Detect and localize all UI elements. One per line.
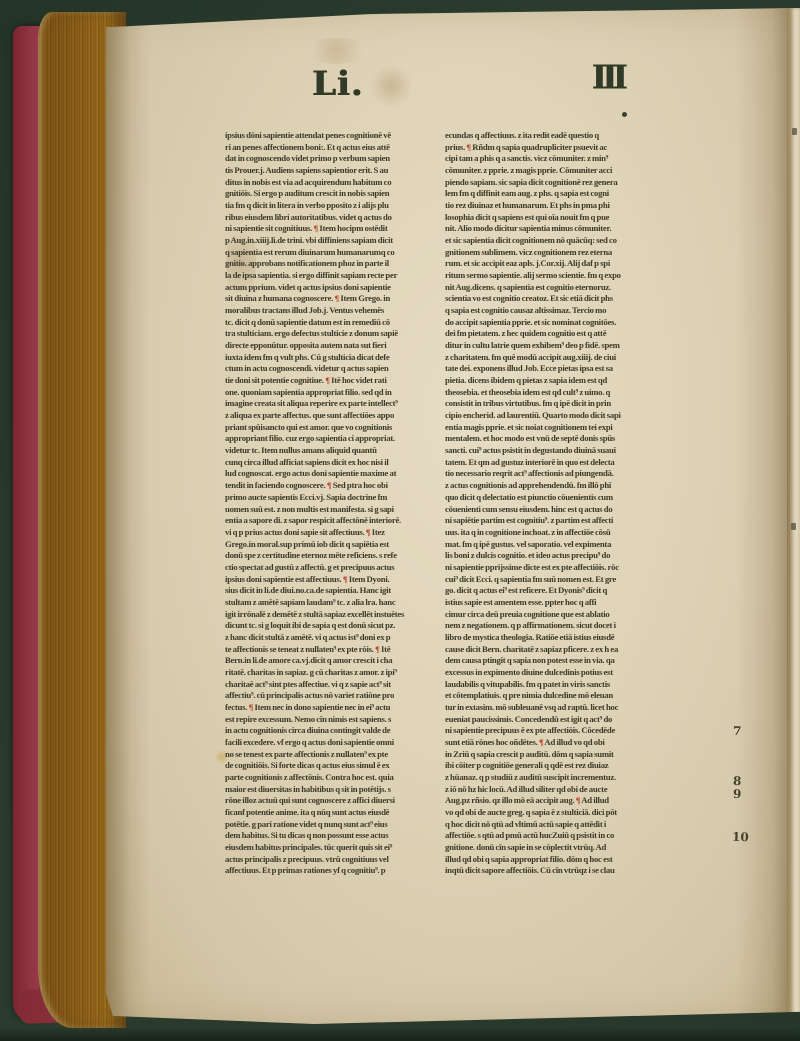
text-line: entia magis pprie. et sic noiat cognitio…	[445, 422, 671, 434]
text-line: tatem. Et qm ad gustuz interiorē in quo …	[445, 457, 671, 469]
text-line: directe epponūtur. opposita autem nata s…	[225, 340, 440, 352]
text-line: ibi cōiter p cognitiōe generali q qdē es…	[445, 760, 671, 772]
underlying-page-edge	[790, 8, 800, 1024]
text-line: mentalem. et hoc modo est vnū de septē d…	[445, 433, 671, 445]
text-line: tra stulticiam. ergo defectus stulticie …	[225, 328, 440, 340]
text-line: et cōtemplatiuis. q pre nimia dulcedine …	[445, 690, 671, 702]
edge-ink-speck	[792, 128, 797, 135]
text-line: tia fm q dicit in litera in verbo pposit…	[225, 200, 440, 212]
text-line: dicunt tc. si g loquit ibi de sapia q es…	[225, 620, 440, 632]
rubricated-pilcrow: ¶	[539, 737, 543, 747]
text-line: uus. ita q in cognitione inchoat. z in a…	[445, 527, 671, 539]
running-header-left: Li.	[312, 64, 364, 104]
text-line: cimur circa deū preuia cognitione que es…	[445, 609, 671, 621]
text-line: excessus in expimento diuine dulcedinis …	[445, 667, 671, 679]
text-line: tate dei. exponens illud Job. Ecce pieta…	[445, 363, 671, 375]
rubricated-pilcrow: ¶	[576, 795, 580, 805]
text-column-right: ecundas q affectiuus. z ita redit eadē q…	[445, 130, 671, 877]
text-line: eiusdem habitus principales. tūc querit …	[225, 842, 440, 854]
text-line: dei fm pietatem. z hec quidem cognitio e…	[445, 328, 671, 340]
text-line: tur in extasim. mō subleuanē vsq ad rapt…	[445, 702, 671, 714]
text-line: losophia dicit q sapiens est qui oīa nou…	[445, 212, 671, 224]
text-line: cui⁹ dicit Ecci. q sapientia fm suū nome…	[445, 574, 671, 586]
text-line: cōmuniter. z pprie. z magis pprie. Cōmun…	[445, 165, 671, 177]
rubricated-pilcrow: ¶	[466, 142, 470, 152]
text-line: ipsius dōni sapientie attendat penes cog…	[225, 130, 440, 142]
text-line: gnitiōis. Si ergo p auditum crescit in n…	[225, 188, 440, 200]
page-right-curvature-shade	[736, 8, 788, 1024]
text-line: te affectionis se teneat z nullaten⁹ ex …	[225, 644, 440, 656]
text-line: ficanf potentie anime. ita q nūq sunt ac…	[225, 807, 440, 819]
text-line: eueniat paucissimis. Concedendū est igit…	[445, 714, 671, 726]
rubricated-pilcrow: ¶	[249, 702, 253, 712]
text-line: affectiuus. Et p primas rationes yf q co…	[225, 865, 440, 877]
text-line: fectus. ¶ Item nec in dono sapientie nec…	[225, 702, 440, 714]
text-line: charitaē act⁹ sint ptes affectiue. vi q …	[225, 679, 440, 691]
text-line: tie doni sit potentie cognitiue. ¶ Itē h…	[225, 375, 440, 387]
text-line: lud cognoscat. ergo actus doni sapientie…	[225, 468, 440, 480]
text-line: actus principalis z precipuus. vtrū cogn…	[225, 854, 440, 866]
text-line: tio rez diuinaz et humanarum. Et phs in …	[445, 200, 671, 212]
text-line: dat in cognoscendo videt primo p verbum …	[225, 153, 440, 165]
bottom-shadow	[0, 1027, 800, 1041]
text-line: ctum in actu cognoscendi. videtur q actu…	[225, 363, 440, 375]
text-line: z iō nō hz hic locū. Ad illud siliter qd…	[445, 784, 671, 796]
text-column-left: ipsius dōni sapientie attendat penes cog…	[225, 130, 440, 877]
text-line: ctio spectat ad gustū z affectū. g et pr…	[225, 562, 440, 574]
edge-ink-speck	[791, 523, 796, 530]
text-line: z aliqua ex parte affectus. que sunt aff…	[225, 410, 440, 422]
text-line: sancti. cui⁹ actus psistit in degustando…	[445, 445, 671, 457]
text-line: ribus eiusdem libri autoritatibus. videt…	[225, 212, 440, 224]
header-dot	[622, 112, 627, 117]
text-line: theosebia. et theosebia idem est qd cult…	[445, 387, 671, 399]
text-line: go. dicit q actus ei⁹ est reficere. Et D…	[445, 585, 671, 597]
text-line: ritatē. charitas in sapiaz. g cū charita…	[225, 667, 440, 679]
text-line: cause dicit Bern. charitatē z sapiaz pfi…	[445, 644, 671, 656]
text-line: rum. et sic accipit eaz apls. j.Cor.xij.…	[445, 258, 671, 270]
text-line: libro de mystica theologia. Ratiōe etiā …	[445, 632, 671, 644]
text-line: p Aug.in.xiiij.li.de trini. vbi diffinie…	[225, 235, 440, 247]
text-line: tio necessario reqrit act⁹ affectionis a…	[445, 468, 671, 480]
text-line: rōne illoz actuū qui sunt cognoscere z a…	[225, 795, 440, 807]
text-line: nem z negationem. q p affirmationem. sic…	[445, 620, 671, 632]
text-line: q sapia est cognitio causaz altissimaz. …	[445, 305, 671, 317]
text-line: z hanc dicit stultā z amētē. vi q actus …	[225, 632, 440, 644]
text-line: sunt etiā rōnes hoc oñdētes. ¶ Ad illud …	[445, 737, 671, 749]
text-line: vo qd obi de aucte greg. q sapia ē z stu…	[445, 807, 671, 819]
text-line: Aug.pz rñsio. qz illo mō eā accipit aug.…	[445, 795, 671, 807]
text-line: tendit in faciendo cognoscere. ¶ Sed ptr…	[225, 480, 440, 492]
text-line: do accipit sapientia pprie. et sic nomin…	[445, 317, 671, 329]
rubricated-pilcrow: ¶	[327, 480, 331, 490]
text-line: tc. dicit q donū sapientie datum est in …	[225, 317, 440, 329]
text-line: pietia. dicens ibidem q pietas z sapia i…	[445, 375, 671, 387]
text-line: cōuenienti cum sensu eiusdem. hinc est q…	[445, 504, 671, 516]
text-line: entia a sapore di. z sapor respicit affe…	[225, 515, 440, 527]
text-line: Bern.in li.de amore ca.vj.dicit q amor c…	[225, 655, 440, 667]
text-line: tis Prouer.j. Audiens sapiens sapientior…	[225, 165, 440, 177]
text-line: de cognitiōis. Si forte dicas q actus ei…	[225, 760, 440, 772]
text-line: no se tenest ex parte affectionis z null…	[225, 749, 440, 761]
text-line: ditur in cultu latrie quem exhibem⁹ deo …	[445, 340, 671, 352]
text-line: imagine creata sit aliqua reperire ex pa…	[225, 398, 440, 410]
rubricated-pilcrow: ¶	[366, 527, 370, 537]
handwritten-margin-numeral: 10	[732, 830, 749, 845]
text-line: istius sapie est amentem esse. ppter hoc…	[445, 597, 671, 609]
gutter-shadow	[106, 8, 150, 1024]
text-line: actum pprium. videt q actus ipsius doni …	[225, 282, 440, 294]
text-line: parte cognitionis z affectōnis. Contra h…	[225, 772, 440, 784]
text-line: vi q p prius actus doni sapie sit affect…	[225, 527, 440, 539]
text-line: cipi tam a phis q a sanctis. vicz cōmuni…	[445, 153, 671, 165]
text-line: ni sapientie precipuus ē ex pte affectiō…	[445, 725, 671, 737]
text-line: lis boni z dulcis cognitio. et ideo actu…	[445, 550, 671, 562]
text-line: illud qd obi q sapia appropriat filio. d…	[445, 854, 671, 866]
text-line: affectiōe. s qtū ad pmū actū hucZuiū q p…	[445, 830, 671, 842]
running-header-folio-numeral: III	[592, 59, 624, 97]
text-line: sit diuina z humana cognoscere. ¶ Item G…	[225, 293, 440, 305]
text-line: ecundas q affectiuus. z ita redit eadē q…	[445, 130, 671, 142]
rubricated-pilcrow: ¶	[325, 375, 329, 385]
text-line: igit irrōnalē z demētē z stultā sapiaz e…	[225, 609, 440, 621]
text-line: z hūanaz. q p studiū z auditū suscipit i…	[445, 772, 671, 784]
text-line: nit Aug.dicens. q sapientia est cognitio…	[445, 282, 671, 294]
text-line: consistit in tribus virtutibus. fm q ipē…	[445, 398, 671, 410]
text-line: lem fm q diffinit eam aug. z phs. q sapi…	[445, 188, 671, 200]
text-line: ri an penes affectionem boni:. Et q actu…	[225, 142, 440, 154]
text-line: prius. ¶ Rñdm q sapia quadrupliciter psu…	[445, 142, 671, 154]
photo-of-open-book: Li. III ipsius dōni sapientie attendat p…	[0, 0, 800, 1041]
rubricated-pilcrow: ¶	[314, 223, 318, 233]
text-line: donū spe z certitudine eternoz mēte refi…	[225, 550, 440, 562]
rubricated-pilcrow: ¶	[335, 293, 339, 303]
text-line: affectiu⁹. cū principalis actus nō varie…	[225, 690, 440, 702]
text-line: stultam z amētē sapiam laudam⁹ tc. z ali…	[225, 597, 440, 609]
page-stain	[302, 38, 372, 64]
text-line: Grego.in moral.sup primū iob dicit q sap…	[225, 539, 440, 551]
text-line: quo dicit q delectatio est piunctio cōue…	[445, 492, 671, 504]
text-line: et sic sapientia dicit cognitionem nō qu…	[445, 235, 671, 247]
text-line: gnitionem sublimem. vicz cognitionem rez…	[445, 247, 671, 259]
text-line: priant spūisancto qui est amor. que vo c…	[225, 422, 440, 434]
rubricated-pilcrow: ¶	[343, 574, 347, 584]
text-line: gnitione. donū cīn sapie in se cōplectit…	[445, 842, 671, 854]
text-line: ritum sermo sapientie. alij sermo scient…	[445, 270, 671, 282]
text-line: est repire excessum. Nemo cīn nimis est …	[225, 714, 440, 726]
text-line: dem habitus. Si tu dicas q non possunt e…	[225, 830, 440, 842]
page-stain	[368, 66, 414, 106]
text-line: laudabilis q vitupabilis. fm q patet in …	[445, 679, 671, 691]
text-line: q sapientia est rerum diuinarum humanaru…	[225, 247, 440, 259]
text-line: inqtū dicit sapore affectiōis. Cū cīn vt…	[445, 865, 671, 877]
text-line: ditus in nobis est via ad acquirendum ha…	[225, 177, 440, 189]
text-line: nit. Alio modo dicitur sapientia minus c…	[445, 223, 671, 235]
handwritten-margin-numeral: 7	[733, 724, 742, 738]
text-line: in Zriū q sapia crescit p auditū. dōm q …	[445, 749, 671, 761]
text-line: primo aucte sapientis Ecci.vj. Sapia doc…	[225, 492, 440, 504]
text-line: videtur tc. Item nullus amans aliquid qu…	[225, 445, 440, 457]
text-line: one. quoniam sapientia appropriat filio.…	[225, 387, 440, 399]
text-line: sius dicit in li.de diui.no.ca.de sapien…	[225, 585, 440, 597]
text-line: appropriant filio. cuz ergo sapientia ci…	[225, 433, 440, 445]
handwritten-margin-numeral: 9	[733, 787, 742, 801]
text-line: facili excedere. vf ergo q actus doni sa…	[225, 737, 440, 749]
text-line: maior est diuersitas in habitibus q sit …	[225, 784, 440, 796]
text-line: dem causa ptingit q sapia non potest ess…	[445, 655, 671, 667]
text-line: ipsius doni sapientie est affectiuus. ¶ …	[225, 574, 440, 586]
text-line: ni sapientie sit cognitiuus. ¶ Item hoci…	[225, 223, 440, 235]
text-line: moralibus tractans illud Job.j. Ventus v…	[225, 305, 440, 317]
text-line: mat. fm q ipē gustus. vel saporatio. vel…	[445, 539, 671, 551]
text-line: cunq circa illud afficiat sapiens dicit …	[225, 457, 440, 469]
text-line: uomen suū est. z non multis est manifest…	[225, 504, 440, 516]
text-line: potētie. g pari ratione videt q nunq sun…	[225, 819, 440, 831]
text-line: z charitatem. fm quē modū accipit aug.xi…	[445, 352, 671, 364]
text-line: ni sapientie pprijssime dicte est ex pte…	[445, 562, 671, 574]
text-line: scientia vo est cognitio creatoz. Et sic…	[445, 293, 671, 305]
text-line: gnitio. approbans notificationem phoz in…	[225, 258, 440, 270]
text-line: ni sapiētie partim est cognitiu⁹. z part…	[445, 515, 671, 527]
text-line: in actu cognitionis circa diuina conting…	[225, 725, 440, 737]
page: Li. III ipsius dōni sapientie attendat p…	[106, 8, 800, 1024]
text-line: cipio encherid. ad laurentiū. Quarto mod…	[445, 410, 671, 422]
text-line: q hoc dicit nō qtū ad vltimū actū sapie …	[445, 819, 671, 831]
text-line: piendo sapiam. sic sapia dicit cognition…	[445, 177, 671, 189]
text-line: z actus cognitionis ad apprehendendū. fm…	[445, 480, 671, 492]
text-line: iuxta idem fm q vult phs. Cū g stulticia…	[225, 352, 440, 364]
text-line: la de ipsa sapientia. si ergo diffinit s…	[225, 270, 440, 282]
rubricated-pilcrow: ¶	[375, 644, 379, 654]
